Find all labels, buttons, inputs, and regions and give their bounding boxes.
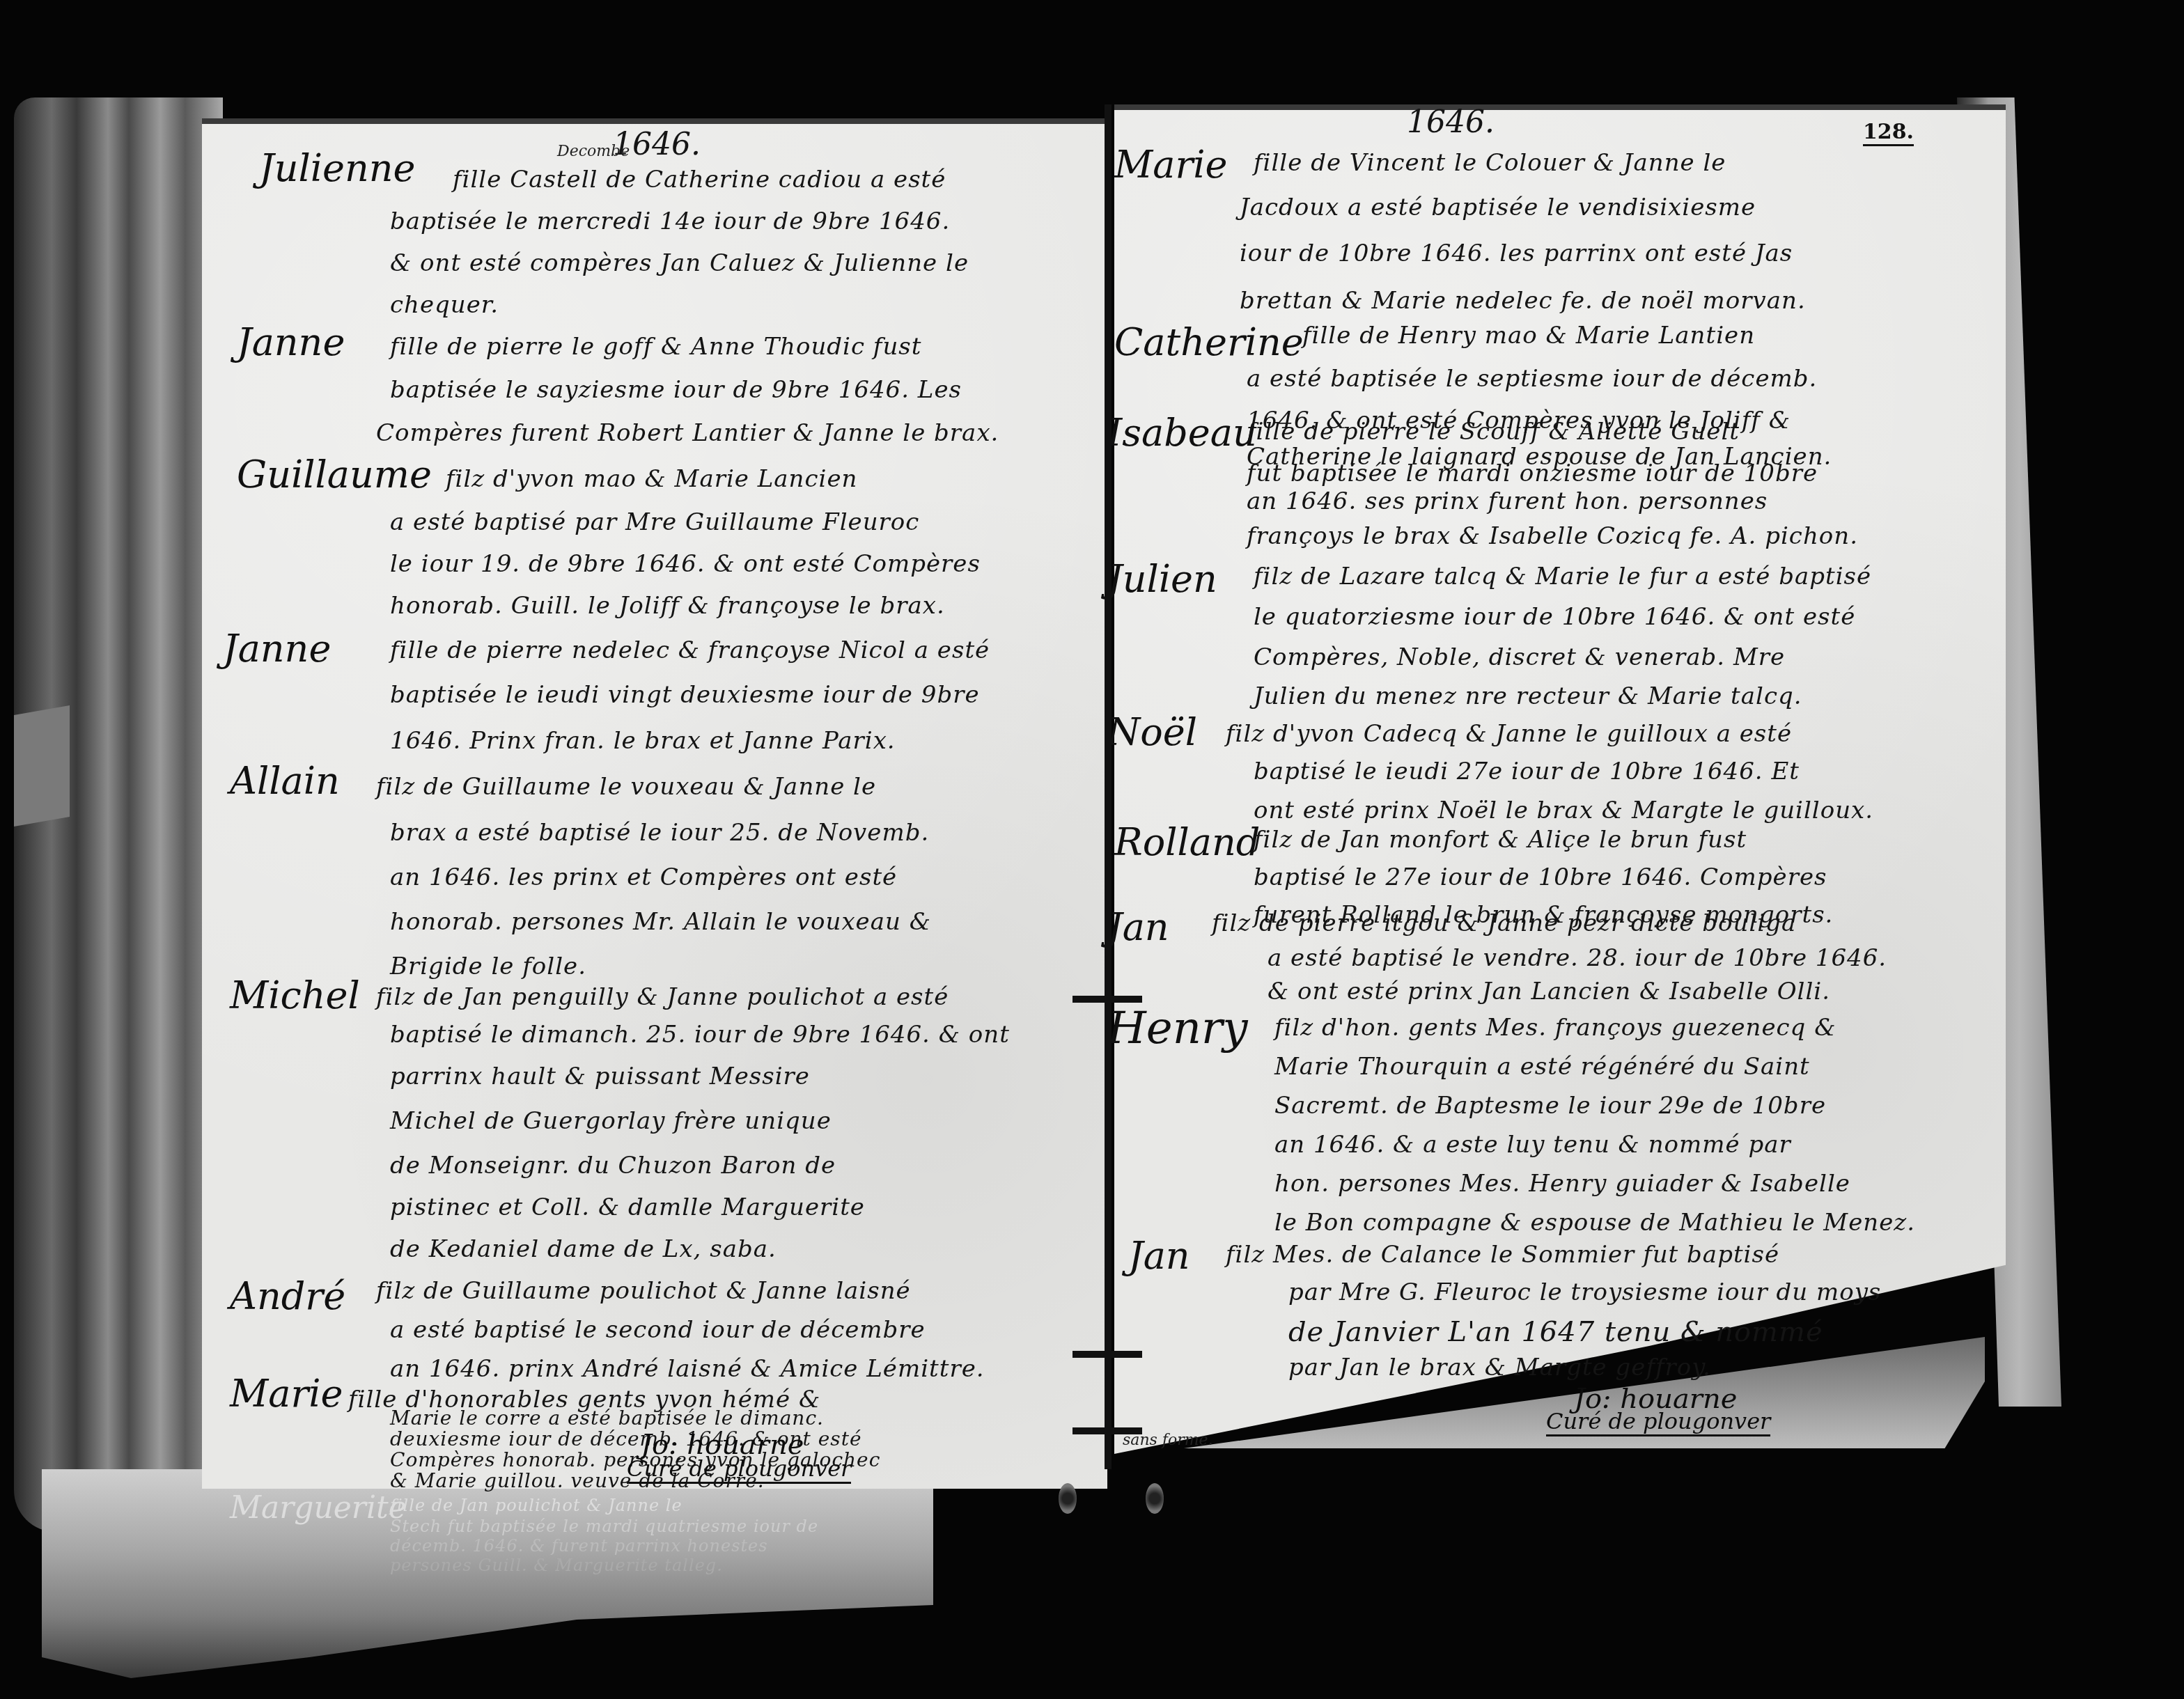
entry-line: an 1646. prinx André laisné & Amice Lémi…	[390, 1355, 985, 1383]
entry-line: hon. persones Mes. Henry guiader & Isabe…	[1274, 1170, 1850, 1198]
entry-name: Guillaume	[237, 453, 432, 496]
entry-name: Michel	[230, 973, 360, 1017]
entry-line: chequer.	[390, 291, 499, 319]
entry-line: Compères, Noble, discret & venerab. Mre	[1254, 643, 1785, 671]
entry-line: an 1646. & a este luy tenu & nommé par	[1274, 1131, 1791, 1159]
entry-line: Stech fut baptisée le mardi quatriesme i…	[390, 1517, 818, 1536]
entry-line: de Janvier L'an 1647 tenu & nommé	[1288, 1316, 1823, 1348]
entry-line: Marie le corre a esté baptisée le dimanc…	[390, 1407, 824, 1430]
entry-line: baptisé le dimanch. 25. iour de 9bre 164…	[390, 1021, 1010, 1049]
entry-name: Janne	[237, 320, 345, 364]
entry-line: parrinx hault & puissant Messire	[390, 1063, 810, 1090]
entry-line: le iour 19. de 9bre 1646. & ont esté Com…	[390, 550, 981, 578]
entry-line: Sacremt. de Baptesme le iour 29e de 10br…	[1274, 1092, 1826, 1120]
entry-line: fille Castell de Catherine cadiou a esté	[453, 166, 946, 194]
gutter-thread-mark	[1072, 996, 1142, 1003]
binding-stitch-hole	[1059, 1483, 1077, 1514]
entry-line: a esté baptisée le septiesme iour de déc…	[1247, 365, 1817, 393]
signature-cure: Curé de plougonver	[1546, 1408, 1770, 1436]
entry-name: Henry	[1107, 1003, 1248, 1054]
entry-line: filz de Guillaume poulichot & Janne lais…	[376, 1277, 911, 1305]
entry-line: baptisé le 27e iour de 10bre 1646. Compè…	[1254, 863, 1827, 891]
entry-line: & ont esté prinx Jan Lancien & Isabelle …	[1267, 978, 1830, 1005]
folded-page-corner	[14, 705, 70, 827]
entry-line: Compères furent Robert Lantier & Janne l…	[376, 419, 999, 447]
entry-line: fille de Vincent le Colouer & Janne le	[1254, 149, 1726, 177]
entry-line: fille de pierre nedelec & françoyse Nico…	[390, 636, 990, 664]
entry-line: filz de Jan penguilly & Janne poulichot …	[376, 983, 949, 1011]
entry-line: a esté baptisé le vendre. 28. iour de 10…	[1267, 944, 1887, 972]
entry-line: Marie Thourquin a esté régénéré du Saint	[1274, 1053, 1810, 1081]
entry-line: brettan & Marie nedelec fe. de noël morv…	[1240, 287, 1806, 315]
entry-line: baptisée le mercredi 14e iour de 9bre 16…	[390, 208, 950, 235]
entry-line: an 1646. ses prinx furent hon. personnes	[1247, 487, 1768, 515]
entry-line: filz Mes. de Calance le Sommier fut bapt…	[1226, 1241, 1779, 1269]
entry-line: persones Guill. & Marguerite talleg.	[390, 1556, 723, 1575]
entry-line: fut baptisée le mardi onziesme iour de 1…	[1247, 460, 1818, 487]
entry-name: Rolland	[1114, 820, 1260, 864]
gutter-thread-mark	[1072, 1427, 1142, 1434]
entry-name: Noël	[1107, 710, 1197, 754]
entry-name: Marie	[1114, 143, 1228, 187]
entry-name: André	[230, 1274, 345, 1318]
entry-line: baptisée le ieudi vingt deuxiesme iour d…	[390, 681, 980, 709]
right-page-year-heading: 1646.	[1407, 104, 1495, 140]
entry-line: Brigide le folle.	[390, 953, 586, 980]
entry-line: françoys le brax & Isabelle Cozicq fe. A…	[1247, 522, 1858, 550]
entry-line: a esté baptisé par Mre Guillaume Fleuroc	[390, 508, 919, 536]
entry-line: filz de Jan monfort & Aliçe le brun fust	[1254, 826, 1747, 854]
entry-line: iour de 10bre 1646. les parrinx ont esté…	[1240, 240, 1793, 267]
entry-name: Julienne	[259, 146, 415, 190]
entry-name: Catherine	[1114, 320, 1304, 364]
entry-name: Isabeau	[1107, 411, 1257, 455]
entry-line: brax a esté baptisé le iour 25. de Novem…	[390, 819, 929, 847]
entry-line: honorab. persones Mr. Allain le vouxeau …	[390, 908, 931, 936]
entry-line: honorab. Guill. le Joliff & françoyse le…	[390, 592, 945, 620]
entry-line: de Kedaniel dame de Lx, saba.	[390, 1235, 777, 1263]
folio-number: 128.	[1863, 120, 1914, 146]
entry-line: 1646. Prinx fran. le brax et Janne Parix…	[390, 727, 896, 755]
entry-name: Allain	[230, 759, 340, 803]
entry-name: Janne	[223, 627, 331, 671]
gutter-thread-mark	[1072, 1351, 1142, 1358]
book-left-page-stack	[14, 97, 223, 1532]
entry-name: Marie	[230, 1372, 343, 1416]
entry-line: filz d'yvon Cadecq & Janne le guilloux a…	[1226, 720, 1792, 748]
entry-line: par Mre G. Fleuroc le troysiesme iour du…	[1288, 1278, 1881, 1306]
entry-line: baptisée le sayziesme iour de 9bre 1646.…	[390, 376, 962, 404]
entry-line: filz d'yvon mao & Marie Lancien	[446, 465, 857, 493]
entry-name: Jan	[1128, 1234, 1190, 1278]
entry-name: Jan	[1107, 905, 1169, 949]
entry-line: filz de Lazare talcq & Marie le fur a es…	[1254, 563, 1871, 590]
entry-line: fille de Jan poulichot & Janne le	[390, 1496, 682, 1515]
binding-stitch-hole	[1146, 1483, 1164, 1514]
entry-line: Julien du menez nre recteur & Marie talc…	[1254, 682, 1802, 710]
entry-name: Marguerite	[230, 1490, 407, 1526]
entry-line: & ont esté compères Jan Caluez & Julienn…	[390, 249, 969, 277]
signature-cure: Curé de plougonver	[627, 1455, 851, 1484]
entry-line: décemb. 1646. & furent parrinx honestes	[390, 1536, 768, 1556]
entry-name: Julien	[1107, 557, 1217, 601]
entry-line: filz d'hon. gents Mes. françoys guezenec…	[1274, 1014, 1836, 1042]
entry-line: Jacdoux a esté baptisée le vendisixiesme	[1240, 194, 1756, 221]
entry-line: le Bon compagne & espouse de Mathieu le …	[1274, 1209, 1915, 1237]
entry-line: baptisé le ieudi 27e iour de 10bre 1646.…	[1254, 758, 1800, 785]
entry-line: filz de Guillaume le vouxeau & Janne le	[376, 773, 876, 801]
interlinear-note: Decombe	[557, 143, 630, 160]
entry-line: Michel de Guergorlay frère unique	[390, 1107, 832, 1135]
entry-line: ont esté prinx Noël le brax & Margte le …	[1254, 797, 1873, 824]
entry-line: de Monseignr. du Chuzon Baron de	[390, 1152, 836, 1180]
entry-line: fille de Henry mao & Marie Lantien	[1302, 322, 1755, 350]
book-gutter	[1105, 104, 1111, 1469]
entry-line: par Jan le brax & Margte geffroy.	[1288, 1354, 1711, 1381]
entry-line: fille de pierre le Scouff & Alietté Guel…	[1247, 418, 1740, 446]
entry-line: fille de pierre le goff & Anne Thoudic f…	[390, 333, 921, 361]
entry-line: pistinec et Coll. & damlle Marguerite	[390, 1193, 865, 1221]
entry-line: le quatorziesme iour de 10bre 1646. & on…	[1254, 603, 1855, 631]
entry-line: an 1646. les prinx et Compères ont esté	[390, 863, 897, 891]
entry-line: a esté baptisé le second iour de décembr…	[390, 1316, 926, 1344]
entry-line: filz de pierre itgou & Janne pezr dicte …	[1212, 909, 1796, 937]
